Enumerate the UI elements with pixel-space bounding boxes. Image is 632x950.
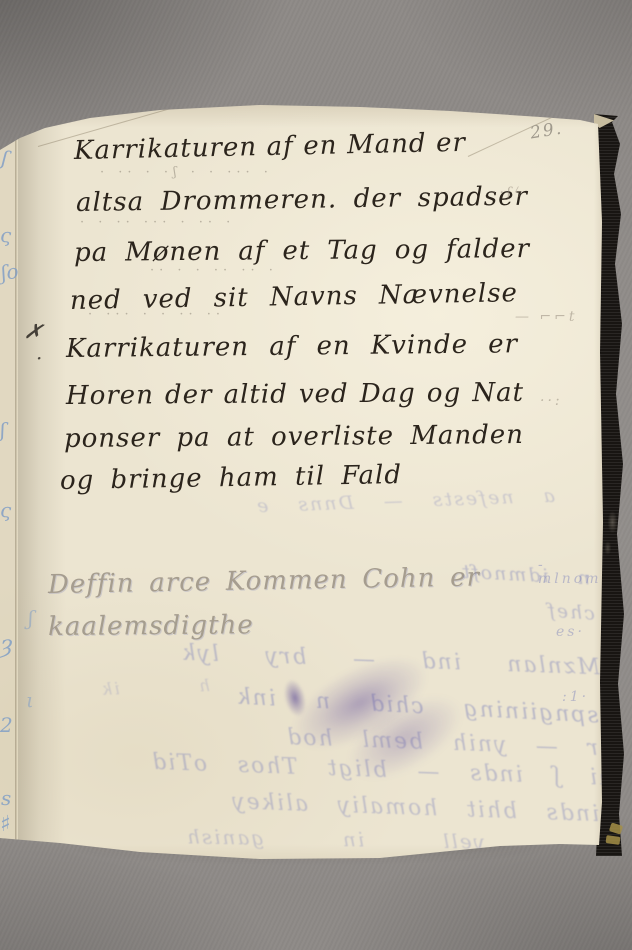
margin-mark: s — [1, 788, 11, 808]
faint-trace: · ··· · · ·· ·· — [88, 308, 438, 321]
margin-mark: ʃ — [28, 608, 33, 628]
gutter-shadow — [18, 114, 66, 862]
margin-trace: — ⌐⌐t — [515, 310, 578, 324]
margin-mark: ♯ — [0, 814, 11, 836]
margin-mark: 2 — [0, 715, 13, 735]
margin-trace: - mlnomt — [538, 558, 610, 586]
ink-offset-ghost-text: yell in ganish — [185, 826, 485, 851]
faint-trace: ·· · · ·· ·· · — [150, 264, 430, 277]
margin-mark: ʃo — [0, 261, 19, 283]
faint-trace: · ·· · ·ʃ · · ··· · — [100, 166, 430, 179]
pencil-line: Deffin arce Kommen Cohn er — [48, 564, 480, 598]
handwritten-line: ponser pa at overliste Manden — [64, 422, 524, 452]
margin-mark: ς — [0, 500, 11, 520]
ink-offset-ghost-text: chef — [514, 599, 595, 624]
ink-offset-ghost-text: winds bhit homaliy alikey — [230, 791, 621, 827]
handwritten-line: Karrikaturen af en Mand er — [74, 130, 466, 164]
notebook-photo: 29. Karrikaturen af en Mand er altsa Dro… — [0, 0, 632, 950]
margin-mark: ʃ — [0, 420, 5, 440]
margin-mark: ι — [26, 690, 34, 710]
handwritten-line: pa Mønen af et Tag og falder — [74, 236, 530, 266]
handwritten-line: altsa Drommeren. der spadser — [76, 184, 528, 216]
faint-trace: · · ·· ··· · ·· · — [80, 216, 440, 229]
manuscript-page: 29. Karrikaturen af en Mand er altsa Dro… — [0, 102, 608, 864]
page-number: 29. — [529, 117, 578, 144]
margin-mark: · — [36, 348, 42, 368]
ink-offset-ghost-text: h ik — [100, 678, 211, 699]
handwritten-line: Horen der altid ved Dag og Nat — [66, 380, 524, 409]
margin-mark: ς — [0, 225, 11, 245]
handwritten-line: Karrikaturen af en Kvinde er — [66, 331, 518, 362]
handwritten-line: og bringe ham til Fald — [60, 462, 402, 494]
margin-trace: ··ʃϟ — [492, 186, 526, 200]
pencil-line: kaalemsdigthe — [48, 612, 328, 640]
margin-trace: es· — [556, 625, 585, 639]
margin-mark: Ȝ — [0, 637, 13, 657]
margin-trace: ··: — [540, 394, 563, 408]
margin-mark: ✗ — [23, 321, 44, 345]
margin-trace: :1· — [562, 690, 589, 704]
